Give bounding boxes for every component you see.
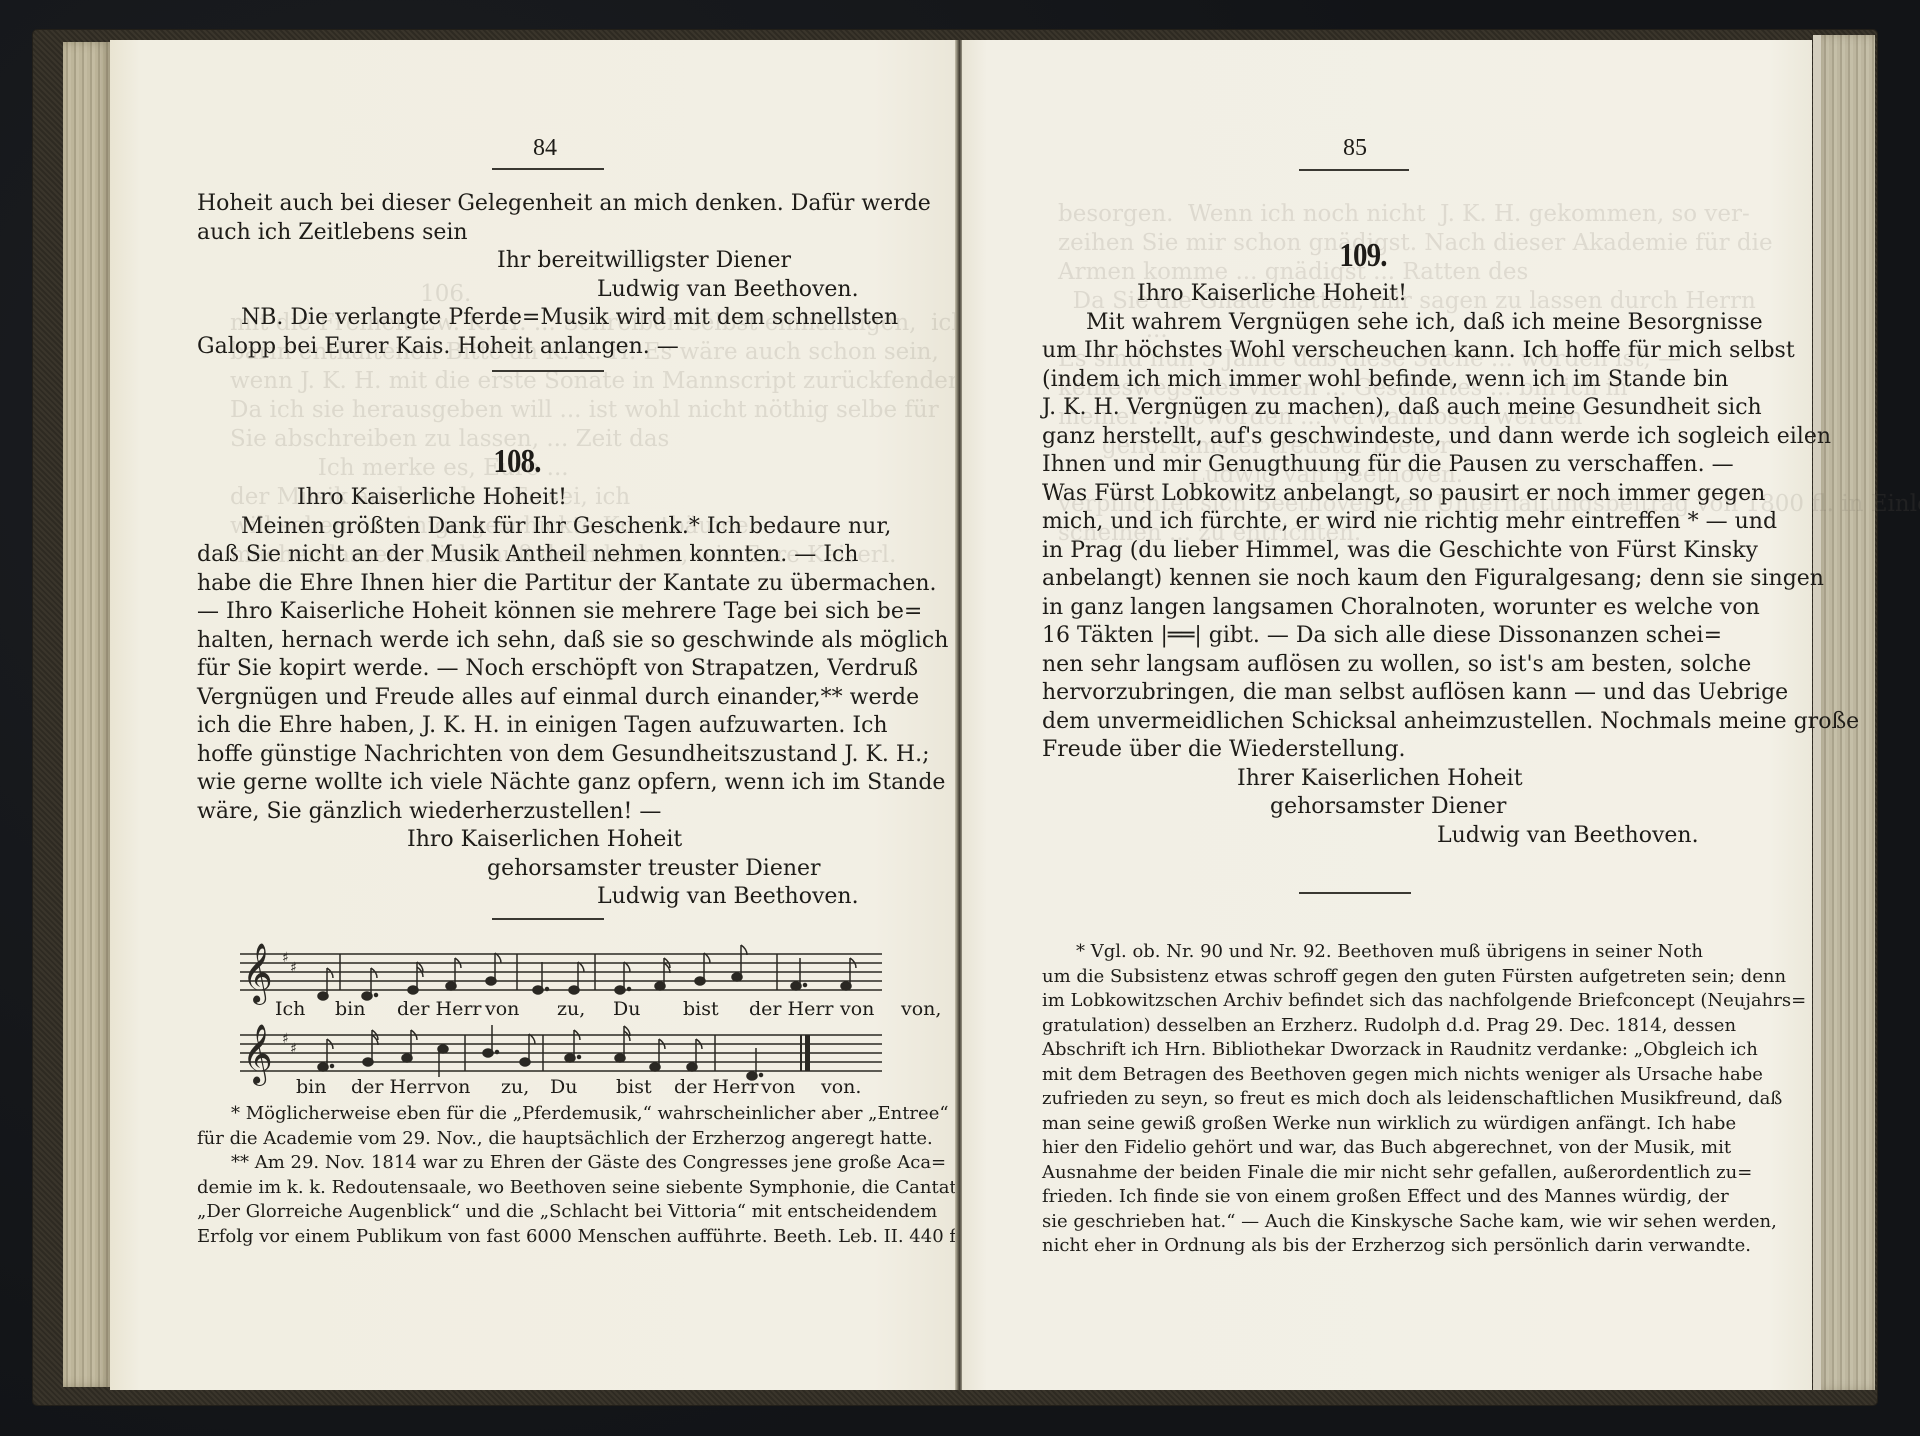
section-divider (1299, 892, 1411, 894)
lyric: bin (335, 998, 365, 1020)
footnote-line: hier den Fidelio gehört und war, das Buc… (1042, 1136, 1684, 1161)
text-line: ganz herstellt, auf's geschwindeste, und… (1042, 423, 1684, 452)
text-line: anbelangt) kennen sie noch kaum den Figu… (1042, 565, 1684, 594)
footnote-line: für die Academie vom 29. Nov., die haupt… (197, 1127, 837, 1152)
lyric: von (436, 1076, 470, 1098)
page-number: 85 (1295, 135, 1415, 162)
lyric: Du (613, 998, 640, 1020)
scan-background: 106. mit die Freiheit Ew. K. H. ... Schr… (0, 0, 1920, 1436)
header-rule (492, 168, 604, 170)
footnote-line: mit dem Betragen des Beethoven gegen mic… (1042, 1063, 1684, 1088)
footnote-line: * Vgl. ob. Nr. 90 und Nr. 92. Beethoven … (1042, 940, 1684, 965)
footnote-line: im Lobkowitzschen Archiv befindet sich d… (1042, 989, 1684, 1014)
footnote-line: * Möglicherweise eben für die „Pferdemus… (197, 1102, 837, 1127)
text-line: Ihnen und mir Genugthuung für die Pausen… (1042, 451, 1684, 480)
svg-text:♯: ♯ (282, 950, 289, 966)
text-line: in Prag (du lieber Himmel, was die Gesch… (1042, 537, 1684, 566)
greeting: Ihro Kaiserliche Hoheit! (197, 484, 837, 513)
footnote-line: zufrieden zu seyn, so freut es mich doch… (1042, 1087, 1684, 1112)
lyric: von (840, 998, 874, 1020)
section-divider (492, 918, 604, 920)
footnote-line: Erfolg vor einem Publikum von fast 6000 … (197, 1225, 837, 1250)
lyric: Du (550, 1076, 577, 1098)
text-line: für Sie kopirt werde. — Noch erschöpft v… (197, 655, 837, 684)
footnote-line: man seine gewiß großen Werke nun wirklic… (1042, 1112, 1684, 1137)
text-line: wäre, Sie gänzlich wiederherzustellen! — (197, 798, 837, 827)
lyric: bist (683, 998, 719, 1020)
text-line: wie gerne wollte ich viele Nächte ganz o… (197, 769, 837, 798)
closing-salutation: Ihr bereitwilligster Diener (197, 247, 837, 276)
text-line: Meinen größten Dank für Ihr Geschenk.* I… (197, 513, 837, 542)
lyric: von, (901, 998, 941, 1020)
text-line: ich die Ehre haben, J. K. H. in einigen … (197, 712, 837, 741)
text-line: Vergnügen und Freude alles auf einmal du… (197, 684, 837, 713)
text-line: daß Sie nicht an der Musik Antheil nehme… (197, 541, 837, 570)
letter-109: Ihro Kaiserliche Hoheit! Mit wahrem Verg… (1042, 280, 1684, 850)
text-line: Hoheit auch bei dieser Gelegenheit an mi… (197, 190, 837, 219)
footnote-line: frieden. Ich finde sie von einem großen … (1042, 1185, 1684, 1210)
text-line: nen sehr langsam auflösen zu wollen, so … (1042, 651, 1684, 680)
text-line: J. K. H. Vergnügen zu machen), daß auch … (1042, 394, 1684, 423)
text-line: auch ich Zeitlebens sein (197, 219, 837, 248)
lyric: der Herr (351, 1076, 436, 1098)
footnote-line: nicht eher in Ordnung als bis der Erzher… (1042, 1234, 1684, 1259)
left-page-block-edge (63, 42, 111, 1387)
page-number: 84 (485, 135, 605, 162)
svg-text:♯: ♯ (290, 1041, 297, 1057)
text-line: hoffe günstige Nachrichten von dem Gesun… (197, 741, 837, 770)
footnote-line: ** Am 29. Nov. 1814 war zu Ehren der Gäs… (197, 1151, 837, 1176)
lyric: von (761, 1076, 795, 1098)
footnotes: * Möglicherweise eben für die „Pferdemus… (197, 1102, 837, 1249)
lyric: zu, (501, 1076, 529, 1098)
footnote-line: gratulation) desselben an Erzherz. Rudol… (1042, 1014, 1684, 1039)
left-page: 106. mit die Freiheit Ew. K. H. ... Schr… (110, 40, 958, 1390)
signature: Ludwig van Beethoven. (197, 883, 837, 912)
footnote-line: Abschrift ich Hrn. Bibliothekar Dworzack… (1042, 1038, 1684, 1063)
closing-line: gehorsamster treuster Diener (197, 855, 837, 884)
lyric: der Herr (397, 998, 482, 1020)
footnote-line: Ausnahme der beiden Finale die mir nicht… (1042, 1161, 1684, 1186)
svg-text:♯: ♯ (290, 960, 297, 976)
text-line: habe die Ehre Ihnen hier die Partitur de… (197, 570, 837, 599)
svg-text:𝄞: 𝄞 (242, 943, 273, 1005)
letter-number: 109. (1090, 236, 1636, 276)
footnote-line: um die Subsistenz etwas schroff gegen de… (1042, 965, 1684, 990)
lyric: zu, (557, 998, 585, 1020)
nb-line: NB. Die verlangte Pferde=Musik wird mit … (197, 304, 837, 333)
letter-number: 108. (245, 442, 789, 482)
footnote-line: demie im k. k. Redoutensaale, wo Beethov… (197, 1176, 837, 1201)
right-page: besorgen. Wenn ich noch nicht J. K. H. g… (962, 40, 1812, 1390)
svg-text:𝄞: 𝄞 (242, 1024, 273, 1086)
closing-line: Ihro Kaiserlichen Hoheit (197, 826, 837, 855)
text-line: halten, hernach werde ich sehn, daß sie … (197, 627, 837, 656)
letter-108: Ihro Kaiserliche Hoheit! Meinen größten … (197, 484, 837, 912)
text-line: um Ihr höchstes Wohl verscheuchen kann. … (1042, 337, 1684, 366)
text-line: 16 Täkten |══| gibt. — Da sich alle dies… (1042, 622, 1684, 651)
text-line: Mit wahrem Vergnügen sehe ich, daß ich m… (1042, 309, 1684, 338)
lyric: der Herr (674, 1076, 759, 1098)
section-divider (492, 370, 604, 372)
closing-line: gehorsamster Diener (1042, 793, 1684, 822)
text-line: hervorzubringen, die man selbst auflösen… (1042, 679, 1684, 708)
lyric: bin (296, 1076, 326, 1098)
footnotes: * Vgl. ob. Nr. 90 und Nr. 92. Beethoven … (1042, 940, 1684, 1259)
lyric: der Herr (749, 998, 834, 1020)
svg-text:♯: ♯ (282, 1031, 289, 1047)
text-line: dem unvermeidlichen Schicksal anheimzust… (1042, 708, 1684, 737)
signature: Ludwig van Beethoven. (1042, 822, 1684, 851)
left-page-text-block: Hoheit auch bei dieser Gelegenheit an mi… (197, 190, 837, 361)
footnote-line: „Der Glorreiche Augenblick“ und die „Sch… (197, 1200, 837, 1225)
text-line: mich, und ich fürchte, er wird nie richt… (1042, 508, 1684, 537)
lyric: von (485, 998, 519, 1020)
closing-line: Ihrer Kaiserlichen Hoheit (1042, 765, 1684, 794)
text-line: Was Fürst Lobkowitz anbelangt, so pausir… (1042, 480, 1684, 509)
lyric: von. (821, 1076, 861, 1098)
text-line: (indem ich mich immer wohl befinde, wenn… (1042, 366, 1684, 395)
greeting: Ihro Kaiserliche Hoheit! (1042, 280, 1684, 309)
lyric: bist (616, 1076, 652, 1098)
text-line: Freude über die Wiederstellung. (1042, 736, 1684, 765)
lyric: Ich (275, 998, 305, 1020)
text-line: — Ihro Kaiserliche Hoheit können sie meh… (197, 598, 837, 627)
header-rule (1299, 169, 1409, 171)
signature: Ludwig van Beethoven. (197, 276, 837, 305)
nb-line: Galopp bei Eurer Kais. Hoheit anlangen. … (197, 333, 837, 362)
text-line: in ganz langen langsamen Choralnoten, wo… (1042, 594, 1684, 623)
footnote-line: sie geschrieben hat.“ — Auch die Kinskys… (1042, 1210, 1684, 1235)
